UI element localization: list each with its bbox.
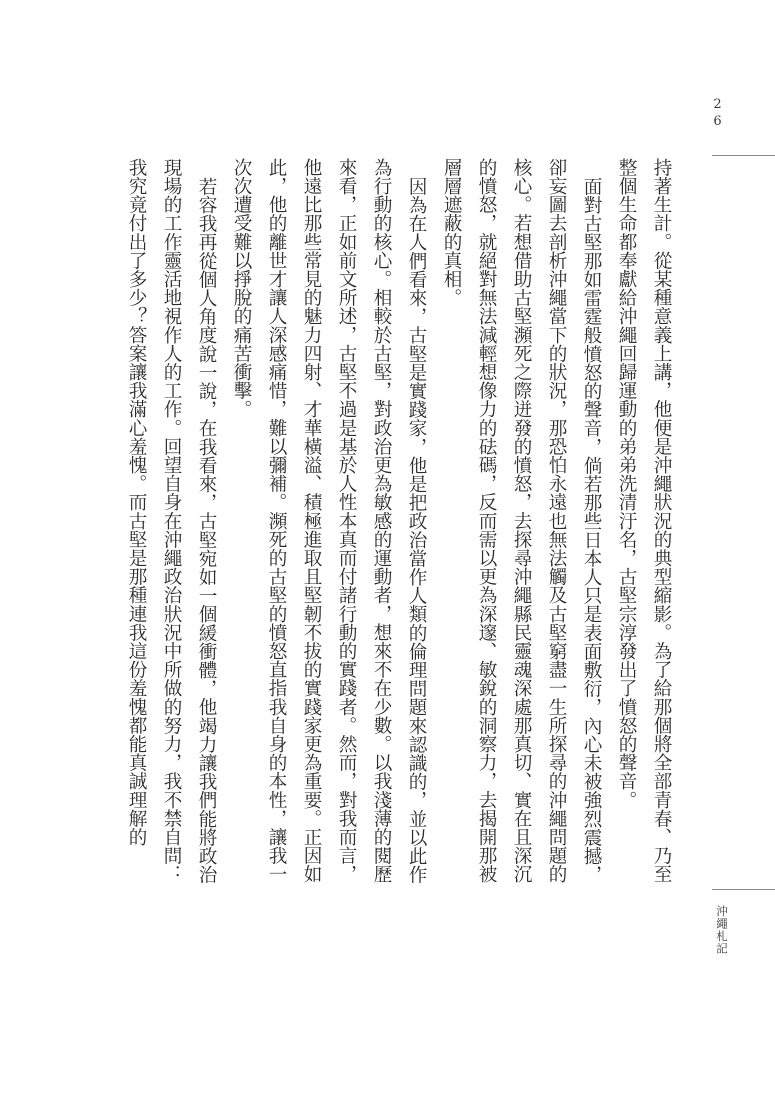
footer-rule — [712, 889, 775, 890]
body-text: 持著生計。從某種意義上講，他便是沖繩狀況的典型縮影。為了給那個將全部青春、乃至整… — [119, 158, 679, 886]
header-rule — [712, 155, 775, 156]
paragraph: 若容我再從個人角度說一說，在我看來，古堅宛如一個緩衝體，他竭力讓我們能將政治現場… — [119, 158, 224, 886]
paragraph: 持著生計。從某種意義上講，他便是沖繩狀況的典型縮影。為了給那個將全部青春、乃至整… — [609, 158, 679, 886]
paragraph: 面對古堅那如雷霆般憤怒的聲音，倘若那些日本人只是表面敷衍，內心未被強烈震撼，卻妄… — [434, 158, 609, 886]
paragraph: 因為在人們看來，古堅是實踐家，他是把政治當作人類的倫理問題來認識的，並以此作為行… — [224, 158, 434, 886]
book-page: 26 持著生計。從某種意義上講，他便是沖繩狀況的典型縮影。為了給那個將全部青春、… — [0, 0, 775, 1100]
page-number: 26 — [710, 97, 725, 131]
running-title: 沖繩札記 — [714, 905, 730, 955]
